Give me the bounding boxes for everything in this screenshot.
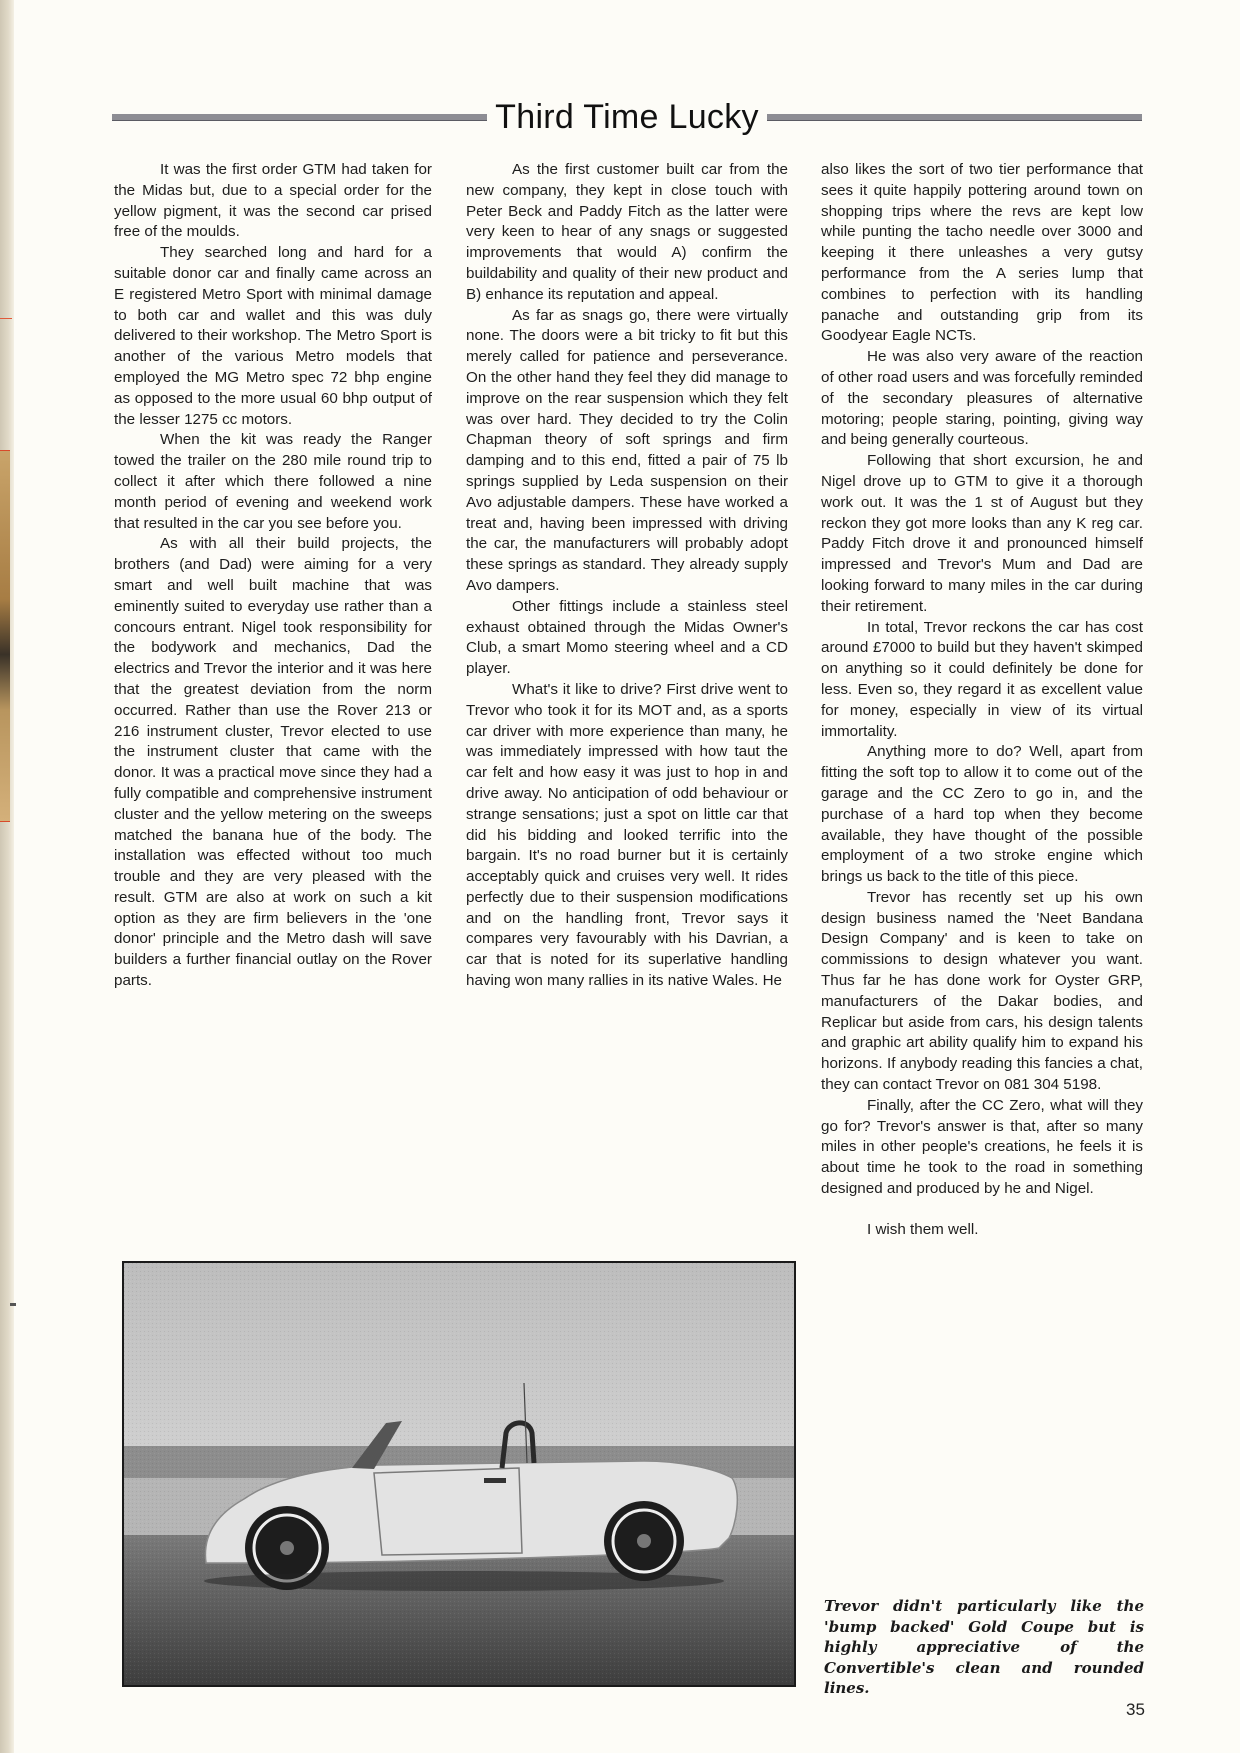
facing-page-photo-edge [0, 450, 10, 822]
paragraph: Finally, after the CC Zero, what will th… [821, 1096, 1143, 1200]
page-number: 35 [1126, 1700, 1145, 1720]
photo-caption: Trevor didn't particularly like the 'bum… [824, 1596, 1144, 1699]
spine-mark [0, 318, 12, 319]
article-title: Third Time Lucky [487, 98, 767, 137]
paragraph: It was the first order GTM had taken for… [114, 160, 432, 243]
paragraph: Other fittings include a stainless steel… [466, 597, 788, 680]
car-photo [122, 1261, 796, 1687]
headline-row: Third Time Lucky [112, 94, 1142, 140]
headline-rule-right [767, 114, 1142, 121]
paragraph: He was also very aware of the reaction o… [821, 347, 1143, 451]
paragraph: When the kit was ready the Ranger towed … [114, 430, 432, 534]
paragraph: As with all their build projects, the br… [114, 534, 432, 992]
text-column-2: As the first customer built car from the… [466, 160, 788, 992]
headline-rule-left [112, 114, 487, 121]
paragraph: As the first customer built car from the… [466, 160, 788, 306]
paragraph: Following that short excursion, he and N… [821, 451, 1143, 617]
text-column-3: also likes the sort of two tier performa… [821, 160, 1143, 1241]
signoff: I wish them well. [821, 1220, 1143, 1241]
spine-tick [10, 1303, 16, 1306]
convertible-car-illustration [124, 1263, 794, 1685]
paragraph: They searched long and hard for a suitab… [114, 243, 432, 430]
paragraph: Trevor has recently set up his own desig… [821, 888, 1143, 1096]
paragraph: In total, Trevor reckons the car has cos… [821, 618, 1143, 743]
paragraph: Anything more to do? Well, apart from fi… [821, 742, 1143, 888]
paragraph: As far as snags go, there were virtually… [466, 306, 788, 597]
page-spine-edge [0, 0, 14, 1753]
text-column-1: It was the first order GTM had taken for… [114, 160, 432, 992]
paragraph: also likes the sort of two tier performa… [821, 160, 1143, 347]
paragraph: What's it like to drive? First drive wen… [466, 680, 788, 992]
